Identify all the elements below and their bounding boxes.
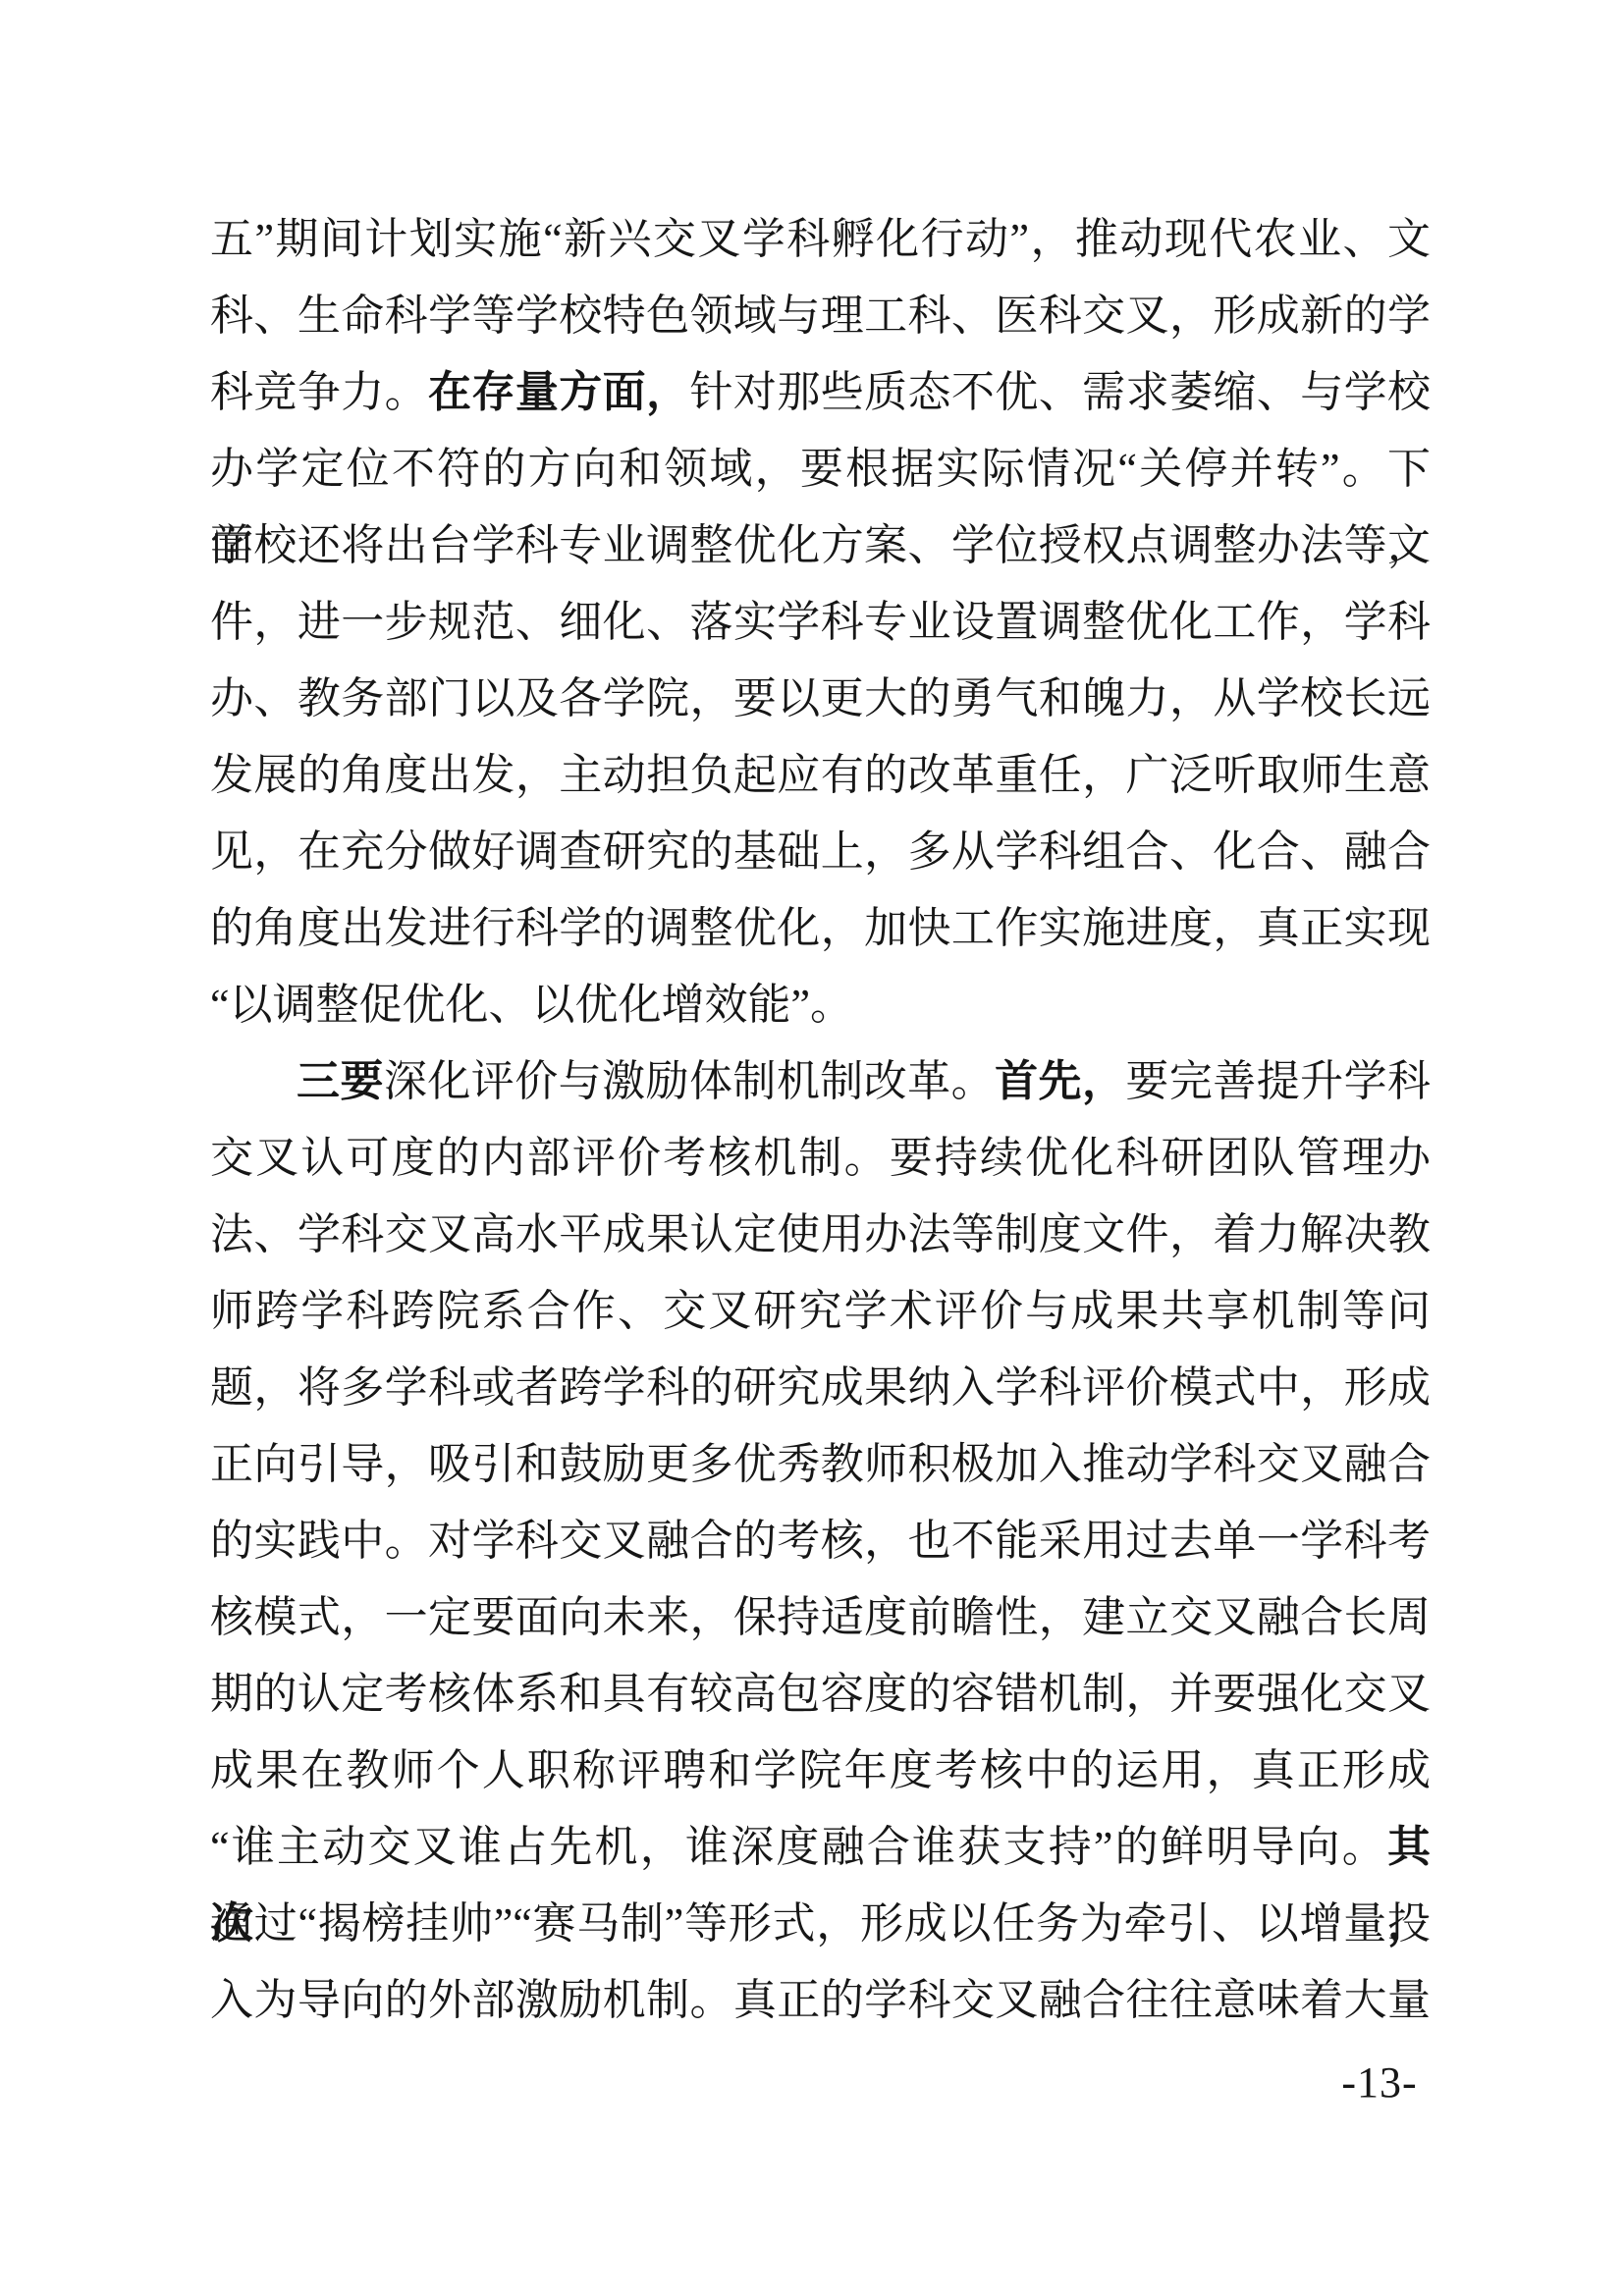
text-line: 见，在充分做好调查研究的基础上，多从学科组合、化合、融合	[210, 814, 1431, 890]
text-line: 科、生命科学等学校特色领域与理工科、医科交叉，形成新的学	[210, 278, 1431, 354]
text-run: 见，在充分做好调查研究的基础上，多从学科组合、化合、融合	[210, 828, 1431, 876]
text-run: 交叉认可度的内部评价考核机制。要持续优化科研团队管理办	[210, 1134, 1431, 1182]
text-line: 法、学科交叉高水平成果认定使用办法等制度文件，着力解决教	[210, 1197, 1431, 1273]
text-run: 科、生命科学等学校特色领域与理工科、医科交叉，形成新的学	[210, 292, 1431, 340]
text-line: 发展的角度出发，主动担负起应有的改革重任，广泛听取师生意	[210, 737, 1431, 814]
text-line: 正向引导，吸引和鼓励更多优秀教师积极加入推动学科交叉融合	[210, 1426, 1431, 1503]
text-run: 深化评价与激励体制机制改革。	[384, 1057, 995, 1105]
text-run: 法、学科交叉高水平成果认定使用办法等制度文件，着力解决教	[210, 1210, 1431, 1258]
text-run: 办、教务部门以及各学院，要以更大的勇气和魄力，从学校长远	[210, 674, 1431, 722]
text-line: 的实践中。对学科交叉融合的考核，也不能采用过去单一学科考	[210, 1503, 1431, 1579]
text-run: 的角度出发进行科学的调整优化，加快工作实施进度，真正实现	[210, 904, 1431, 952]
text-line: 学校还将出台学科专业调整优化方案、学位授权点调整办法等文	[210, 507, 1431, 584]
text-run-bold: 首先，	[995, 1057, 1125, 1105]
text-run: “以调整促优化、以优化增效能”。	[210, 981, 853, 1029]
text-line: 办、教务部门以及各学院，要以更大的勇气和魄力，从学校长远	[210, 661, 1431, 737]
text-run: 件，进一步规范、细化、落实学科专业设置调整优化工作，学科	[210, 598, 1431, 646]
text-run: 正向引导，吸引和鼓励更多优秀教师积极加入推动学科交叉融合	[210, 1440, 1431, 1488]
text-run: 五”期间计划实施“新兴交叉学科孵化行动”，推动现代农业、文	[210, 215, 1431, 263]
text-run: 科竞争力。	[210, 368, 428, 416]
text-run: 的实践中。对学科交叉融合的考核，也不能采用过去单一学科考	[210, 1517, 1431, 1565]
text-line: 题，将多学科或者跨学科的研究成果纳入学科评价模式中，形成	[210, 1350, 1431, 1426]
text-run: 题，将多学科或者跨学科的研究成果纳入学科评价模式中，形成	[210, 1363, 1431, 1412]
body-text: 五”期间计划实施“新兴交叉学科孵化行动”，推动现代农业、文 科、生命科学等学校特…	[210, 201, 1431, 2039]
text-run: 期的认定考核体系和具有较高包容度的容错机制，并要强化交叉	[210, 1670, 1431, 1718]
page-number: -13-	[1326, 2061, 1434, 2105]
text-line: 成果在教师个人职称评聘和学院年度考核中的运用，真正形成	[210, 1733, 1431, 1809]
text-line: 期的认定考核体系和具有较高包容度的容错机制，并要强化交叉	[210, 1656, 1431, 1733]
text-line: 五”期间计划实施“新兴交叉学科孵化行动”，推动现代农业、文	[210, 201, 1431, 278]
text-run-bold: 在存量方面，	[428, 368, 689, 416]
text-run: 通过“揭榜挂帅”“赛马制”等形式，形成以任务为牵引、以增量投	[210, 1899, 1431, 1948]
text-run-bold: 三要	[297, 1057, 384, 1105]
text-run: 核模式，一定要面向未来，保持适度前瞻性，建立交叉融合长周	[210, 1593, 1431, 1641]
text-run: 发展的角度出发，主动担负起应有的改革重任，广泛听取师生意	[210, 751, 1431, 799]
text-line: 交叉认可度的内部评价考核机制。要持续优化科研团队管理办	[210, 1120, 1431, 1197]
text-line: 件，进一步规范、细化、落实学科专业设置调整优化工作，学科	[210, 584, 1431, 661]
document-page: 五”期间计划实施“新兴交叉学科孵化行动”，推动现代农业、文 科、生命科学等学校特…	[0, 0, 1624, 2296]
text-line: 通过“揭榜挂帅”“赛马制”等形式，形成以任务为牵引、以增量投	[210, 1886, 1431, 1962]
text-run: 要完善提升学科	[1125, 1057, 1431, 1105]
text-line: “谁主动交叉谁占先机，谁深度融合谁获支持”的鲜明导向。其次，	[210, 1809, 1431, 1886]
text-run: 学校还将出台学科专业调整优化方案、学位授权点调整办法等文	[210, 521, 1431, 569]
text-run: 师跨学科跨院系合作、交叉研究学术评价与成果共享机制等问	[210, 1287, 1431, 1335]
text-run: 成果在教师个人职称评聘和学院年度考核中的运用，真正形成	[210, 1746, 1431, 1794]
text-line: 师跨学科跨院系合作、交叉研究学术评价与成果共享机制等问	[210, 1273, 1431, 1350]
text-line: “以调整促优化、以优化增效能”。	[210, 967, 1431, 1043]
text-run: 入为导向的外部激励机制。真正的学科交叉融合往往意味着大量	[210, 1976, 1431, 2024]
text-line: 核模式，一定要面向未来，保持适度前瞻性，建立交叉融合长周	[210, 1579, 1431, 1656]
text-line: 办学定位不符的方向和领域，要根据实际情况“关停并转”。下面，	[210, 431, 1431, 507]
text-line: 科竞争力。在存量方面，针对那些质态不优、需求萎缩、与学校	[210, 354, 1431, 431]
text-line: 的角度出发进行科学的调整优化，加快工作实施进度，真正实现	[210, 890, 1431, 967]
text-line-paragraph-start: 三要深化评价与激励体制机制改革。首先，要完善提升学科	[210, 1043, 1431, 1120]
text-run: 针对那些质态不优、需求萎缩、与学校	[690, 368, 1432, 416]
text-line: 入为导向的外部激励机制。真正的学科交叉融合往往意味着大量	[210, 1962, 1431, 2039]
text-run: “谁主动交叉谁占先机，谁深度融合谁获支持”的鲜明导向。	[210, 1823, 1387, 1871]
